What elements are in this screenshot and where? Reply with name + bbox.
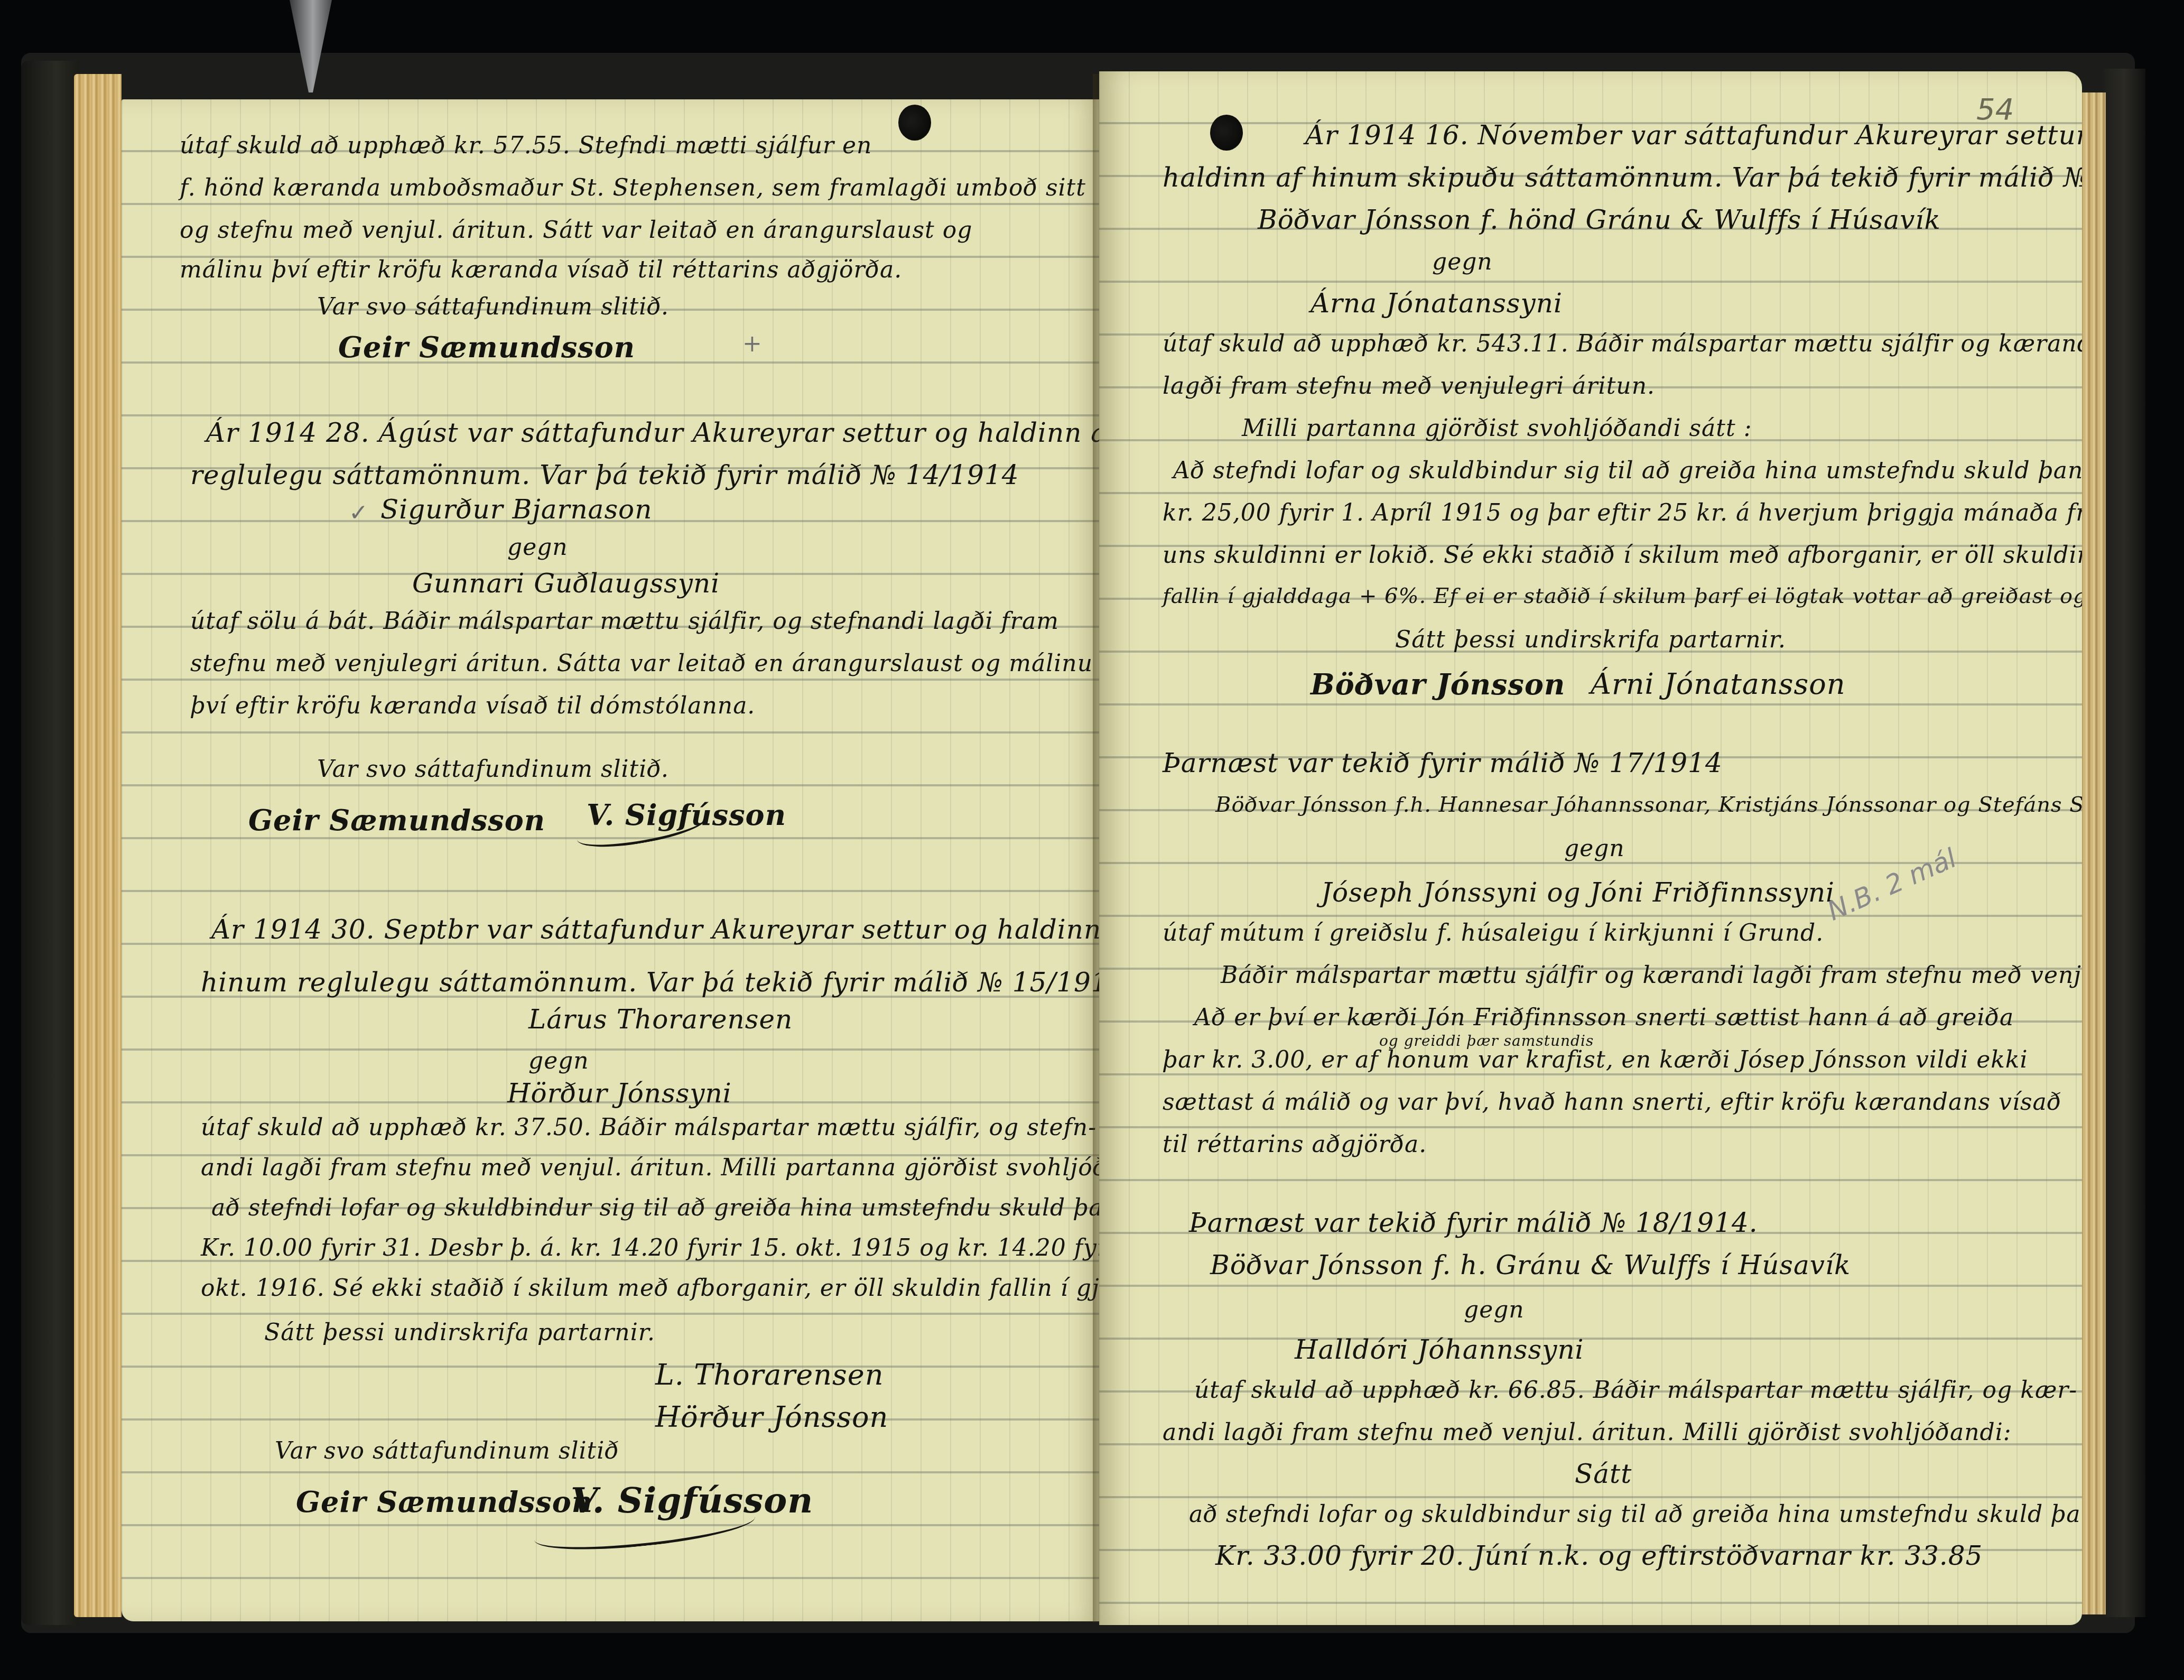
text-line: útaf skuld að upphæð kr. 66.85. Báðir má… — [1194, 1377, 2077, 1404]
versus-label: gegn — [1564, 835, 1625, 862]
party-signature: Hörður Jónsson — [655, 1400, 888, 1434]
case-header-line: reglulegu sáttamönnum. Var þá tekið fyri… — [190, 460, 1019, 490]
plaintiff-name: Böðvar Jónsson f. h. Gránu & Wulffs í Hú… — [1210, 1250, 1851, 1280]
right-page: 54 Ár 1914 16. Nóvember var sáttafundur … — [1099, 71, 2082, 1625]
defendant-name: Halldóri Jóhannssyni — [1295, 1334, 1584, 1365]
defendant-name: Árna Jónatanssyni — [1311, 288, 1563, 319]
text-line: fallin í gjalddaga + 6%. Ef ei er staðið… — [1163, 584, 2082, 608]
text-line: uns skuldinni er lokið. Sé ekki staðið í… — [1163, 542, 2082, 569]
plaintiff-name: Sigurður Bjarnason — [380, 494, 652, 525]
tick-mark-icon: ✓ — [349, 499, 369, 526]
text-line: lagði fram stefnu með venjulegri áritun. — [1163, 373, 1655, 400]
case-header-line: Þarnæst var tekið fyrir málið № 18/1914. — [1189, 1208, 1758, 1238]
plaintiff-name: Böðvar Jónsson f.h. Hannesar Jóhannssona… — [1215, 793, 2082, 817]
text-line: f. hönd kæranda umboðsmaður St. Stephens… — [180, 174, 1086, 201]
signature: Geir Sæmundsson — [248, 803, 545, 837]
text-line: Kr. 10.00 fyrir 31. Desbr þ. á. kr. 14.2… — [201, 1235, 1175, 1261]
text-line: okt. 1916. Sé ekki staðið í skilum með a… — [201, 1275, 1205, 1302]
text-line: því eftir kröfu kæranda vísað til dómstó… — [190, 692, 755, 719]
attest-line: Sátt þessi undirskrifa partarnir. — [1395, 626, 1786, 653]
plaintiff-name: Lárus Thorarensen — [528, 1004, 793, 1035]
punch-hole — [1210, 115, 1243, 151]
text-line: og stefnu með venjul. áritun. Sátt var l… — [180, 217, 972, 244]
text-line: útaf skuld að upphæð kr. 37.50. Báðir má… — [201, 1114, 1096, 1141]
signature: Geir Sæmundsson — [296, 1485, 593, 1519]
attest-line: Sátt þessi undirskrifa partarnir. — [264, 1319, 655, 1346]
text-line: Báðir málspartar mættu sjálfir og kærand… — [1221, 962, 2082, 989]
text-line: kr. 25,00 fyrir 1. Apríl 1915 og þar eft… — [1163, 499, 2082, 526]
plaintiff-name: Böðvar Jónsson f. hönd Gránu & Wulffs í … — [1258, 205, 1941, 235]
closing-line: Var svo sáttafundinum slitið — [275, 1437, 619, 1464]
versus-label: gegn — [507, 534, 568, 561]
text-line: málinu því eftir kröfu kæranda vísað til… — [180, 256, 902, 283]
page-stack-left — [74, 74, 122, 1617]
case-header-line: Ár 1914 16. Nóvember var sáttafundur Aku… — [1305, 120, 2082, 151]
text-line: útaf skuld að upphæð kr. 543.11. Báðir m… — [1163, 330, 2082, 357]
case-header-line: haldinn af hinum skipuðu sáttamönnum. Va… — [1163, 162, 2082, 193]
text-line: til réttarins aðgjörða. — [1163, 1131, 1427, 1158]
text-line: stefnu með venjulegri áritun. Sátta var … — [190, 650, 1093, 677]
text-line: útaf mútum í greiðslu f. húsaleigu í kir… — [1163, 920, 1824, 946]
cross-mark: + — [742, 330, 763, 357]
text-line: að stefndi lofar og skuldbindur sig til … — [211, 1194, 1166, 1221]
case-header-line: hinum reglulegu sáttamönnum. Var þá teki… — [201, 967, 1126, 998]
settlement-heading: Sátt — [1575, 1459, 1632, 1489]
left-page-lower — [122, 99, 1102, 1621]
text-line: sættast á málið og var því, hvað hann sn… — [1163, 1089, 2061, 1116]
party-signature: Böðvar Jónsson — [1311, 667, 1565, 701]
case-header-line: Þarnæst var tekið fyrir málið № 17/1914 — [1163, 748, 1723, 778]
text-line: útaf sölu á bát. Báðir málspartar mættu … — [190, 608, 1059, 635]
signature: Geir Sæmundsson — [338, 330, 635, 364]
defendant-name: Gunnari Guðlaugssyni — [412, 568, 720, 599]
versus-label: gegn — [528, 1047, 589, 1074]
text-line: Að er því er kærði Jón Friðfinnsson sner… — [1194, 1004, 2014, 1031]
text-line: útaf skuld að upphæð kr. 57.55. Stefndi … — [180, 132, 872, 159]
party-signature: L. Thorarensen — [655, 1358, 884, 1391]
book-cover-left-edge — [21, 61, 79, 1625]
text-line: að stefndi lofar og skuldbindur sig til … — [1189, 1501, 2082, 1528]
case-header-line: Ár 1914 28. Ágúst var sáttafundur Akurey… — [206, 417, 1180, 448]
text-line: andi lagði fram stefnu með venjul. áritu… — [201, 1154, 1235, 1181]
versus-label: gegn — [1464, 1296, 1525, 1323]
text-line: Að stefndi lofar og skuldbindur sig til … — [1173, 457, 2082, 484]
pencil-annotation: N.B. 2 mál — [1823, 843, 1960, 927]
text-line: þar kr. 3.00, er af honum var krafist, e… — [1163, 1046, 2028, 1073]
defendant-name: Hörður Jónssyni — [507, 1078, 732, 1109]
text-line: Kr. 33.00 fyrir 20. Júní n.k. og eftirst… — [1215, 1540, 1983, 1571]
versus-label: gegn — [1432, 248, 1493, 275]
closing-line: Var svo sáttafundinum slitið. — [317, 293, 669, 320]
closing-line: Var svo sáttafundinum slitið. — [317, 756, 669, 783]
settlement-intro: Milli partanna gjörðist svohljóðandi sát… — [1242, 415, 1752, 442]
party-signature: Árni Jónatansson — [1591, 667, 1846, 701]
book-cover-right-edge — [2103, 69, 2145, 1617]
defendant-name: Jóseph Jónssyni og Jóni Friðfinnssyni — [1321, 877, 1835, 908]
text-line: andi lagði fram stefnu með venjul. áritu… — [1163, 1419, 2012, 1446]
case-header-line: Ár 1914 30. Septbr var sáttafundur Akure… — [211, 914, 1137, 945]
